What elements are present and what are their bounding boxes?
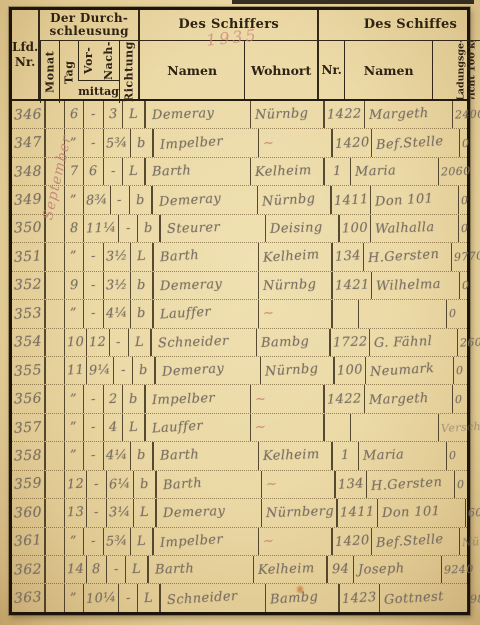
cell-schiff_name: Maria [359,442,447,469]
handwritten-value: 353 [14,305,43,323]
cell-ladung: 9240 [442,556,476,583]
handwritten-value: Schneider [167,589,238,608]
handwritten-value: 100 [342,221,369,237]
handwritten-value: - [91,136,97,151]
handwritten-value: 1411 [333,191,369,208]
cell-nach: 2 [104,385,123,412]
cell-richtung: b [131,272,154,299]
header-vormittag-nachmittag: Vor- Nach- mittag [78,41,120,103]
cell-ladung: 0 [460,272,471,299]
handwritten-value: Margeth [368,106,428,123]
cell-schiff_nr: 1722 [331,329,371,356]
handwritten-value: 0 [461,222,469,235]
handwritten-value: L [140,505,150,520]
handwritten-value: 5¾ [105,135,128,151]
handwritten-value: 1420 [334,135,370,152]
cell-richtung: b [130,186,153,213]
table-row: 357”-4LLauffer~Versch [12,414,467,442]
handwritten-value: b [144,221,153,236]
cell-schiff_nr: 134 [336,471,367,498]
handwritten-value: 4 [108,420,118,436]
header-mittag: mittag [78,81,119,103]
handwritten-value: 134 [338,476,365,493]
cell-richtung: b [123,385,146,412]
table-row: 349”8¾-bDemerayNürnbg1411Don 1010 [12,186,467,214]
header-schiffer-namen: Namen [140,41,245,99]
cell-ladung: 2600 [458,329,480,356]
handwritten-value: Barth [152,163,192,179]
header-wohnort: Wohnort [245,41,317,99]
handwritten-value: 362 [14,561,42,578]
cell-schiffer: Lauffer [146,414,251,441]
cell-vor: 10¼ [84,584,119,611]
cell-tag: ” [65,385,84,412]
cell-ladung: 6000 [466,499,480,526]
handwritten-value: - [126,221,131,236]
cell-schiffer: Barth [146,158,251,185]
cell-nach: - [119,215,138,242]
cell-schiff_nr: 100 [335,357,366,384]
handwritten-value: Barth [163,476,203,493]
handwritten-value: Impelber [159,532,223,551]
scanned-ledger-page: Lfd. Nr. Der Durch- schleusung Monat Tag… [0,0,480,625]
cell-nr: 348 [12,158,46,185]
cell-schiffer: Impelber [154,528,259,555]
handwritten-value: 9770 [453,250,480,265]
cell-tag: 14 [65,556,87,583]
cell-richtung: L [123,158,146,185]
cell-schiffer: Demeray [153,186,258,213]
handwritten-value: 358 [14,447,42,464]
ladung-line1: Ladungsge- [456,41,467,99]
cell-tag: ” [65,243,84,270]
cell-schiffer: Barth [154,243,259,270]
cell-schiff_name [351,414,439,441]
cell-schiff_nr: 1420 [333,528,373,555]
handwritten-value: 347 [14,134,43,152]
handwritten-value: 361 [14,532,43,550]
cell-schiff_name: Joseph [354,556,442,583]
header-vor-nach: Vor- Nach- [78,41,119,81]
header-group-schiffes-title: Des Schiffes [319,10,480,41]
handwritten-value: Steurer [167,220,221,237]
cell-schiff_name: Don 101 [371,186,459,213]
cell-wohnort: Nürnbg [259,272,333,299]
cell-vor: 9¼ [87,357,114,384]
handwritten-value: 350 [14,220,42,237]
cell-monat [46,101,65,128]
handwritten-value: 357 [14,419,43,437]
cell-nr: 359 [12,471,46,498]
cell-schiff_name: Walhalla [371,215,459,242]
handwritten-value: 5¾ [105,533,128,549]
header-lfd-nr: Lfd. Nr. [12,10,40,99]
cell-wohnort: Nürnberg [262,499,338,526]
handwritten-value: L [129,164,139,179]
handwritten-value: - [114,562,119,577]
cell-richtung: b [133,357,156,384]
handwritten-value: Nürnbg [265,362,319,380]
handwritten-value: Neumark [370,361,435,380]
handwritten-value: ~ [262,135,274,151]
handwritten-value: 3 [108,107,117,122]
cell-ladung: 2060 [439,158,473,185]
table-row: 355119¼-bDemerayNürnbg100Neumark0 [12,357,467,385]
handwritten-value: Don 101 [381,504,440,521]
cell-tag: ” [65,414,84,441]
cell-schiff_nr: 1421 [333,272,373,299]
table-row: 351”-3½LBarthKelheim134H.Gersten9770 [12,243,467,271]
cell-schiff_nr: 1411 [332,186,372,213]
cell-vor: 11¼ [84,215,119,242]
handwritten-value: L [136,249,146,265]
cell-vor: - [84,442,104,469]
cell-nr: 355 [12,357,46,384]
handwritten-value: Margeth [368,391,428,408]
handwritten-value: Bef.Stelle [376,134,444,153]
cell-schiffer: Impelber [146,385,251,412]
cell-schiff_nr [325,414,351,441]
cell-ladung: 0 [454,357,467,384]
handwritten-value: 0 [457,478,465,491]
handwritten-value: 6 [69,107,78,122]
cell-schiff_nr: 100 [340,215,371,242]
table-row: 3529-3½bDemerayNürnbg1421Wilhelma0 [12,272,467,300]
handwritten-value: H.Gersten [371,475,443,494]
handwritten-value: 0 [454,392,462,405]
handwritten-value: ” [70,391,78,406]
handwritten-value: 0 [462,136,470,149]
handwritten-value: L [144,590,154,606]
cell-monat [46,243,65,270]
cell-richtung: L [134,499,157,526]
handwritten-value: b [139,363,149,379]
handwritten-value: 1422 [327,107,362,123]
handwritten-value: Kelheim [262,447,319,464]
cell-ladung: 2400 [453,101,480,128]
cell-tag: 8 [65,215,84,242]
cell-nr: 350 [12,215,46,242]
cell-schiffer: Barth [157,471,262,498]
handwritten-value: L [136,534,146,550]
handwritten-value: Maria [355,163,397,179]
handwritten-value: - [91,534,97,549]
handwritten-value: 2400 [454,108,480,122]
cell-nach: - [119,584,138,611]
handwritten-value: 349 [14,191,43,209]
handwritten-value: 352 [14,277,42,294]
cell-vor: - [87,499,107,526]
cell-vor: - [84,243,104,270]
handwritten-value: 2600 [460,335,480,349]
header-ladungsgewicht: Ladungsge- wicht 100 kg [433,41,480,99]
cell-schiff_name: Maria [351,158,439,185]
cell-richtung: L [123,101,146,128]
table-row: 34876-LBarthKelheim1Maria2060 [12,158,467,186]
handwritten-value: ” [70,420,78,435]
handwritten-value: 356 [14,391,42,408]
cell-schiffer: Demeray [157,499,262,526]
header-monat: Monat [40,41,59,103]
cell-nach: 4¼ [104,300,131,327]
handwritten-value: ~ [262,306,274,322]
cell-nr: 358 [12,442,46,469]
handwritten-value: 355 [14,362,43,380]
header-schiffers-subcolumns: Namen Wohnort [140,41,317,99]
cell-wohnort: ~ [262,471,336,498]
scan-edge-artifact [232,0,474,4]
cell-vor: 8¾ [84,186,111,213]
cell-nr: 352 [12,272,46,299]
cell-schiffer: Steurer [161,215,266,242]
cell-monat [46,414,65,441]
cell-nr: 360 [12,499,46,526]
handwritten-value: 10 [67,334,85,350]
handwritten-value: - [110,164,115,179]
table-row: 350811¼-bSteurerDeising100Walhalla0 [12,215,467,243]
cell-nr: 346 [12,101,46,128]
handwritten-value: 12 [89,334,107,350]
handwritten-value: 3½ [105,249,128,265]
handwritten-value: b [136,306,146,322]
header-group-schiffes: Des Schiffes Nr. Namen Ladungsge- wicht … [319,10,480,99]
table-row: 362148-LBarthKelheim94Joseph9240 [12,556,467,584]
cell-ladung: 9820 [468,584,480,611]
cell-ladung: Nürnb [460,528,480,555]
cell-vor: - [84,272,104,299]
cell-wohnort: ~ [251,414,325,441]
cell-schiffer: Barth [154,442,259,469]
cell-schiff_nr: 1 [333,442,359,469]
cell-schiff_nr: 1422 [325,385,365,412]
cell-tag: 11 [65,357,87,384]
handwritten-value: b [136,448,145,463]
cell-wohnort: Kelheim [251,158,325,185]
handwritten-value: L [134,335,144,350]
cell-tag: 6 [65,101,84,128]
handwritten-value: 9820 [470,591,480,606]
handwritten-value: Impelber [152,390,216,407]
cell-tag: ” [65,300,84,327]
cell-schiffer: Demeray [146,101,251,128]
cell-tag: ” [65,442,84,469]
header-schiff-nr: Nr. [319,41,345,99]
handwritten-value: Deising [270,220,323,237]
cell-nach: 4 [104,414,123,441]
handwritten-value: 0 [462,279,470,292]
cell-vor: 8 [87,556,107,583]
handwritten-value: 6¼ [109,476,132,492]
handwritten-value: Nürnbg [261,191,315,209]
handwritten-value: 100 [337,362,364,379]
handwritten-value: b [140,477,150,493]
handwritten-value: Nürnb [462,534,480,549]
cell-schiffer: Impelber [154,129,259,156]
cell-richtung: b [138,215,161,242]
handwritten-value: - [94,505,99,520]
cell-schiffer: Lauffer [154,300,259,327]
cell-wohnort: Nürnbg [261,357,335,384]
cell-tag: ” [65,528,84,555]
cell-richtung: L [138,584,161,611]
handwritten-value: Wilhelma [376,277,441,294]
handwritten-value: ” [70,448,78,463]
table-row: 36013-3¼LDemerayNürnberg1411Don 1016000 [12,499,467,527]
cell-nach: 4¼ [104,442,131,469]
handwritten-value: ” [70,249,78,264]
handwritten-value: - [91,278,96,293]
handwritten-value: L [129,107,139,122]
handwritten-value: 2060 [441,165,471,179]
cell-monat [46,300,65,327]
cell-schiff_name: Gottnest [380,584,468,611]
cell-nr: 363 [12,584,46,611]
handwritten-value: ” [70,306,78,321]
handwritten-value: Kelheim [255,163,312,180]
handwritten-value: G. Fähnl [374,334,433,351]
cell-nach: - [110,329,129,356]
handwritten-value: ~ [255,391,267,406]
cell-schiff_name: Don 101 [378,499,466,526]
handwritten-value: 6000 [468,506,480,520]
cell-ladung: 0 [455,471,467,498]
handwritten-value: 360 [14,504,42,521]
handwritten-value: - [91,306,97,321]
cell-schiff_nr: 1 [325,158,351,185]
handwritten-value: Demeray [159,277,222,294]
cell-nach: 3½ [104,272,131,299]
table-row: 347”-5¾bImpelber~1420Bef.Stelle0 [12,129,467,157]
handwritten-value: 94 [332,562,350,578]
handwritten-value: 14 [67,562,85,578]
table-row: 363”10¼-LSchneiderBambg1423Gottnest9820 [12,584,467,611]
cell-ladung: 0 [447,442,467,469]
cell-schiff_name: H.Gersten [367,471,455,498]
table-row: 35912-6¼bBarth~134H.Gersten0 [12,471,467,499]
handwritten-value: 0 [448,307,456,320]
cell-schiff_name: Bef.Stelle [372,129,460,156]
durchschleusung-line2: schleusung [50,25,129,38]
cell-monat [46,329,65,356]
handwritten-value: 354 [14,334,42,351]
handwritten-value: 348 [14,163,42,180]
handwritten-value: L [132,562,142,577]
handwritten-value: 0 [448,449,456,462]
cell-nr: 354 [12,329,46,356]
cell-vor: - [84,528,104,555]
table-row: 353”-4¼bLauffer~0 [12,300,467,328]
header-schiffes-subcolumns: Nr. Namen Ladungsge- wicht 100 kg [319,41,480,99]
cell-monat [46,385,65,412]
cell-wohnort: Kelheim [259,442,333,469]
cell-nr: 356 [12,385,46,412]
handwritten-value: 1423 [342,590,378,607]
cell-richtung: b [131,129,154,156]
cell-vor: 6 [84,158,104,185]
cell-wohnort: Kelheim [254,556,328,583]
handwritten-value: L [128,420,138,436]
handwritten-value: Nürnbg [262,277,316,294]
handwritten-value: 8 [92,562,101,577]
handwritten-value: - [125,591,131,606]
cell-schiff_name: G. Fähnl [370,329,458,356]
lock-register-table: Lfd. Nr. Der Durch- schleusung Monat Tag… [9,7,470,615]
handwritten-value: 363 [14,589,43,607]
cell-nach: 5¾ [104,528,131,555]
handwritten-value: 9240 [444,563,474,577]
handwritten-value: 7 [69,164,78,179]
cell-monat [46,272,65,299]
cell-ladung: 0 [447,300,467,327]
cell-wohnort: Bambg [266,584,340,611]
handwritten-value: Maria [362,448,404,464]
handwritten-value: 1 [333,164,342,179]
table-body: 3466-3LDemerayNürnbg1422Margeth2400347”-… [12,101,467,612]
table-header: Lfd. Nr. Der Durch- schleusung Monat Tag… [12,10,467,101]
cell-schiff_nr: 1422 [325,101,365,128]
cell-nach: - [104,158,123,185]
cell-schiffer: Schneider [161,584,266,611]
cell-wohnort: Bambg [257,329,331,356]
handwritten-value: ~ [262,533,274,549]
cell-monat [46,471,65,498]
cell-wohnort: Nürnbg [251,101,325,128]
handwritten-value: 6 [89,164,98,179]
handwritten-value: b [136,278,145,293]
handwritten-value: 11¼ [86,220,117,236]
handwritten-value: 0 [456,364,464,377]
cell-schiff_nr: 1420 [333,129,373,156]
handwritten-value: 351 [14,248,43,266]
cell-schiff_nr: 94 [328,556,354,583]
cell-vor: - [84,101,104,128]
handwritten-value: Bambg [270,589,319,607]
cell-nach: - [107,556,126,583]
cell-monat [46,499,65,526]
handwritten-value: Bef.Stelle [376,532,444,551]
cell-nach: 6¼ [107,471,134,498]
cell-monat [46,584,65,611]
handwritten-value: 1722 [332,334,367,350]
cell-wohnort: ~ [259,129,333,156]
cell-vor: - [87,471,107,498]
handwritten-value: 1421 [334,277,369,293]
cell-schiff_name: Margeth [365,385,453,412]
header-group-durchschleusung: Der Durch- schleusung Monat Tag Vor- Nac… [40,10,140,99]
handwritten-value: 1 [340,448,349,463]
cell-schiffer: Barth [149,556,254,583]
cell-wohnort: ~ [259,528,333,555]
header-ladungsgewicht-label: Ladungsge- wicht 100 kg [457,41,479,99]
handwritten-value: H.Gersten [367,247,439,266]
cell-ladung: 0 [460,129,471,156]
handwritten-value: 3½ [106,277,128,293]
cell-richtung: L [131,243,154,270]
cell-nr: 353 [12,300,46,327]
handwritten-value: Nürnberg [266,504,335,521]
handwritten-value: - [91,107,96,122]
cell-richtung: L [123,414,146,441]
handwritten-value: b [129,391,138,406]
cell-schiff_nr: 1423 [340,584,380,611]
handwritten-value: - [116,335,121,350]
handwritten-value: Joseph [358,561,405,578]
cell-vor: - [84,129,104,156]
cell-nach: 5¾ [104,129,131,156]
handwritten-value: ” [70,590,78,605]
cell-tag: 12 [65,471,87,498]
header-vor: Vor- [78,41,98,80]
